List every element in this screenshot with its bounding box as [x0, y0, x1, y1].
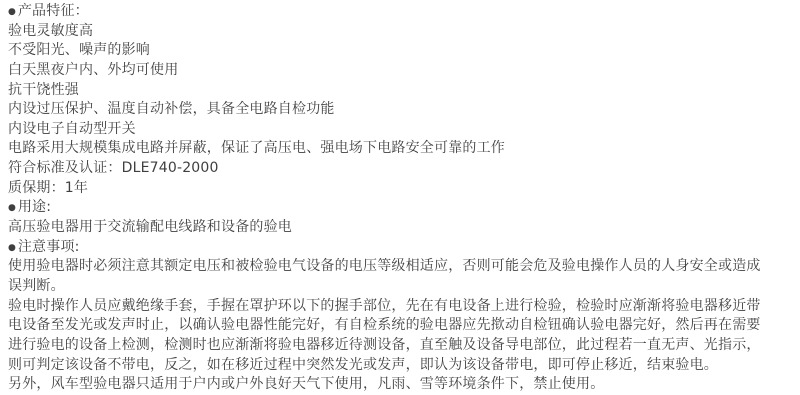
line-text: 符合标准及认证：DLE740-2000 [8, 160, 219, 176]
text-line: ·验电时操作人员应戴绝缘手套，手握在罩护环以下的握手部位，先在有电设备上进行检验… [8, 297, 796, 317]
line-text: 用途: [18, 199, 51, 215]
text-line: ·使用验电器时必须注意其额定电压和被检验电气设备的电压等级相适应，否则可能会危及… [8, 257, 796, 277]
text-line: 误判断。 [8, 277, 796, 297]
line-text: 质保期：1年 [8, 180, 88, 196]
section-heading-line: ●产品特征： [8, 2, 796, 22]
line-text: 使用验电器时必须注意其额定电压和被检验电气设备的电压等级相适应，否则可能会危及验… [8, 258, 761, 274]
text-line: ·白天黑夜户内、外均可使用 [8, 61, 796, 81]
line-text: 验电时操作人员应戴绝缘手套，手握在罩护环以下的握手部位，先在有电设备上进行检验，… [8, 298, 761, 314]
text-line: ·内设电子自动型开关 [8, 120, 796, 140]
text-line: ·符合标准及认证：DLE740-2000 [8, 159, 796, 179]
section-bullet-icon: ● [8, 199, 16, 218]
text-line: ·内设过压保护、温度自动补偿，具备全电路自检功能 [8, 100, 796, 120]
line-text: 电路采用大规模集成电路并屏蔽，保证了高压电、强电场下电路安全可靠的工作 [8, 140, 505, 156]
text-line: 进行验电的设备上检测，检测时也应渐渐将验电器移近待测设备，直至触及设备导电部位，… [8, 336, 796, 356]
line-text: 抗干饶性强 [8, 82, 79, 98]
line-text: 白天黑夜户内、外均可使用 [8, 62, 178, 78]
product-description-document: ●产品特征：·验电灵敏度高·不受阳光、噪声的影响·白天黑夜户内、外均可使用·抗干… [0, 0, 800, 395]
text-line: ·不受阳光、噪声的影响 [8, 41, 796, 61]
text-line: ·质保期：1年 [8, 179, 796, 199]
line-text: 验电灵敏度高 [8, 23, 93, 39]
text-line: 高压验电器用于交流输配电线路和设备的验电 [8, 218, 796, 238]
line-text: 产品特征： [18, 3, 89, 19]
text-line: ·电路采用大规模集成电路并屏蔽，保证了高压电、强电场下电路安全可靠的工作 [8, 139, 796, 159]
line-text: 不受阳光、噪声的影响 [8, 42, 150, 58]
line-text: 高压验电器用于交流输配电线路和设备的验电 [8, 219, 292, 235]
section-bullet-icon: ● [8, 3, 16, 22]
text-line: ·验电灵敏度高 [8, 22, 796, 42]
line-text: 电设备至发光或发声时止，以确认验电器性能完好，有自检系统的验电器应先揿动自检钮确… [8, 317, 761, 333]
line-text: 内设过压保护、温度自动补偿，具备全电路自检功能 [8, 101, 335, 117]
section-bullet-icon: ● [8, 239, 16, 258]
text-line: 则可判定该设备不带电，反之，如在移近过程中突然发光或发声，即认为该设备带电，即可… [8, 356, 796, 376]
text-line: ·另外，风车型验电器只适用于户内或户外良好天气下使用，凡雨、雪等环境条件下，禁止… [8, 375, 796, 395]
line-text: 另外，风车型验电器只适用于户内或户外良好天气下使用，凡雨、雪等环境条件下，禁止使… [8, 376, 604, 392]
section-heading-line: ●用途: [8, 198, 796, 218]
section-heading-line: ●注意事项: [8, 238, 796, 258]
line-text: 误判断。 [8, 278, 65, 294]
line-text: 内设电子自动型开关 [8, 121, 136, 137]
line-text: 注意事项: [18, 239, 80, 255]
line-text: 则可判定该设备不带电，反之，如在移近过程中突然发光或发声，即认为该设备带电，即可… [8, 357, 718, 373]
text-line: ·抗干饶性强 [8, 81, 796, 101]
line-text: 进行验电的设备上检测，检测时也应渐渐将验电器移近待测设备，直至触及设备导电部位，… [8, 337, 761, 353]
text-line: 电设备至发光或发声时止，以确认验电器性能完好，有自检系统的验电器应先揿动自检钮确… [8, 316, 796, 336]
